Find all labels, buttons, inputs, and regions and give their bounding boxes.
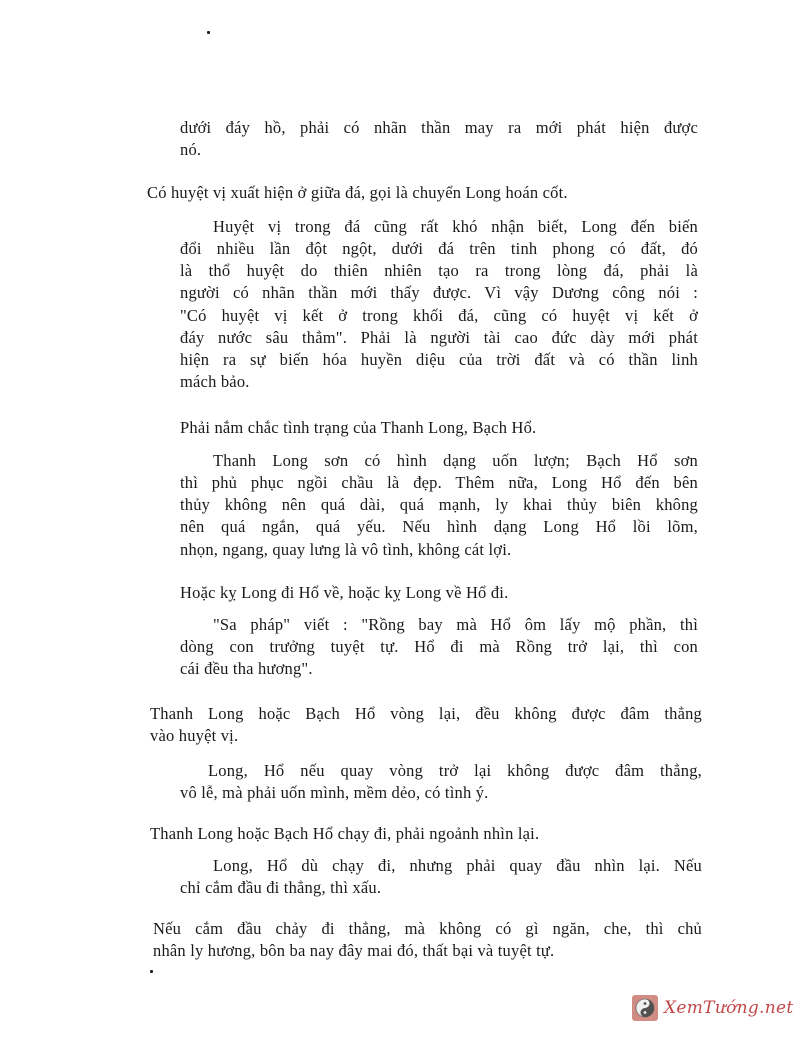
text-line: dòng con trưởng tuyệt tự. Hổ đi mà Rồng … bbox=[180, 636, 698, 658]
text-line: Huyệt vị trong đá cũng rất khó nhận biết… bbox=[213, 216, 698, 238]
scanned-page: dưới đáy hồ, phải có nhãn thần may ra mớ… bbox=[0, 0, 800, 1042]
site-watermark: XemTướng.net bbox=[632, 990, 793, 1026]
text-line: thì phủ phục ngồi chầu là đẹp. Thêm nữa,… bbox=[180, 472, 698, 494]
text-line: mách bảo. bbox=[180, 371, 250, 393]
scan-speck bbox=[150, 970, 153, 973]
text-line: Long, Hổ dù chạy đi, nhưng phải quay đầu… bbox=[213, 855, 702, 877]
section-heading: Hoặc kỵ Long đi Hổ về, hoặc kỵ Long về H… bbox=[180, 582, 508, 604]
text-line: đổi nhiều lần đột ngột, dưới đá trên tin… bbox=[180, 238, 698, 260]
text-line: nó. bbox=[180, 139, 201, 161]
scan-speck bbox=[207, 31, 210, 34]
text-line: là thổ huyệt do thiên nhiên tạo ra trong… bbox=[180, 260, 698, 282]
section-heading: Thanh Long hoặc Bạch Hổ chạy đi, phải ng… bbox=[150, 823, 539, 845]
text-line: vô lễ, mà phải uốn mình, mềm dẻo, có tìn… bbox=[180, 782, 489, 804]
text-line: cái đều tha hương". bbox=[180, 658, 313, 680]
text-line: chỉ cắm đầu đi thẳng, thì xấu. bbox=[180, 877, 381, 899]
section-heading: Phải nắm chắc tình trạng của Thanh Long,… bbox=[180, 417, 536, 439]
text-line: đáy nước sâu thẳm". Phải là người tài ca… bbox=[180, 327, 698, 349]
section-heading: Thanh Long hoặc Bạch Hổ vòng lại, đều kh… bbox=[150, 703, 702, 725]
text-line: "Có huyệt vị kết ở trong khối đá, cũng c… bbox=[180, 305, 698, 327]
text-line: Long, Hổ nếu quay vòng trở lại không đượ… bbox=[208, 760, 702, 782]
text-line: nhân ly hương, bôn ba nay đây mai đó, th… bbox=[153, 940, 554, 962]
watermark-text: XemTướng.net bbox=[664, 998, 793, 1018]
text-line: thủy không nên quá dài, quá mạnh, ly kha… bbox=[180, 494, 698, 516]
yin-yang-icon bbox=[632, 995, 658, 1021]
section-heading: vào huyệt vị. bbox=[150, 725, 238, 747]
section-heading: Có huyệt vị xuất hiện ở giữa đá, gọi là … bbox=[147, 182, 568, 204]
text-line: Nếu cắm đầu chảy đi thẳng, mà không có g… bbox=[153, 918, 702, 940]
text-line: nhọn, ngang, quay lưng là vô tình, không… bbox=[180, 539, 511, 561]
text-line: người có nhãn thần mới thấy được. Vì vậy… bbox=[180, 282, 698, 304]
text-line: hiện ra sự biến hóa huyền diệu của trời … bbox=[180, 349, 698, 371]
text-line: dưới đáy hồ, phải có nhãn thần may ra mớ… bbox=[180, 117, 698, 139]
text-line: "Sa pháp" viết : "Rồng bay mà Hổ ôm lấy … bbox=[213, 614, 698, 636]
text-line: nên quá ngắn, quá yếu. Nếu hình dạng Lon… bbox=[180, 516, 698, 538]
text-line: Thanh Long sơn có hình dạng uốn lượn; Bạ… bbox=[213, 450, 698, 472]
